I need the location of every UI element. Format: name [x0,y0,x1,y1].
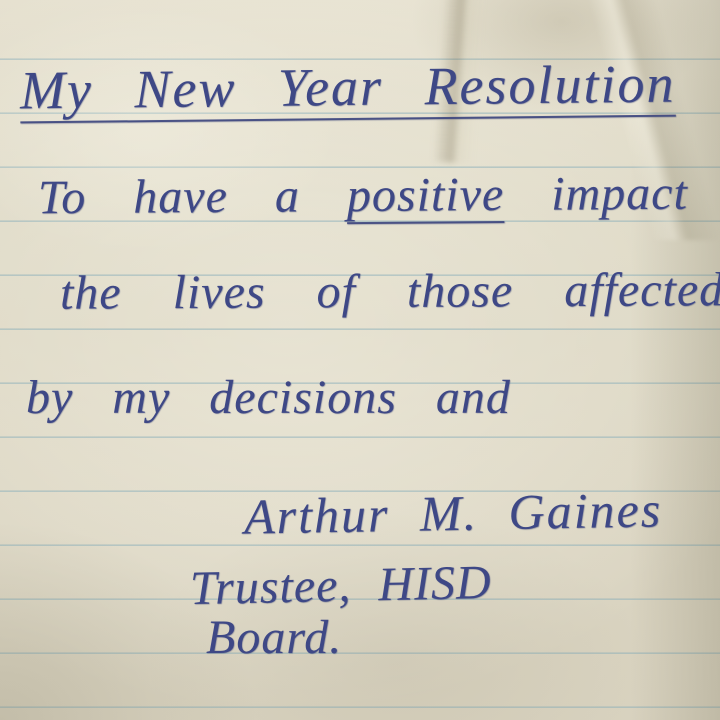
note-line-2-underlined-word: positive [347,168,505,222]
note-line-2-pre: To have a [38,169,347,224]
note-title: My New Year Resolution [20,53,676,122]
note-line-2: To have a positive impact [38,166,688,226]
handwritten-note-photo: My New Year Resolution To have a positiv… [0,0,720,720]
note-line-2-post: impact [504,167,688,221]
note-line-4: by my decisions and [26,370,511,425]
note-line-3: the lives of those affected [60,262,720,320]
signature-name: Arthur M. Gaines [244,480,663,545]
signature-org: Board. [206,610,342,665]
signature-role: Trustee, HISD [189,555,492,616]
